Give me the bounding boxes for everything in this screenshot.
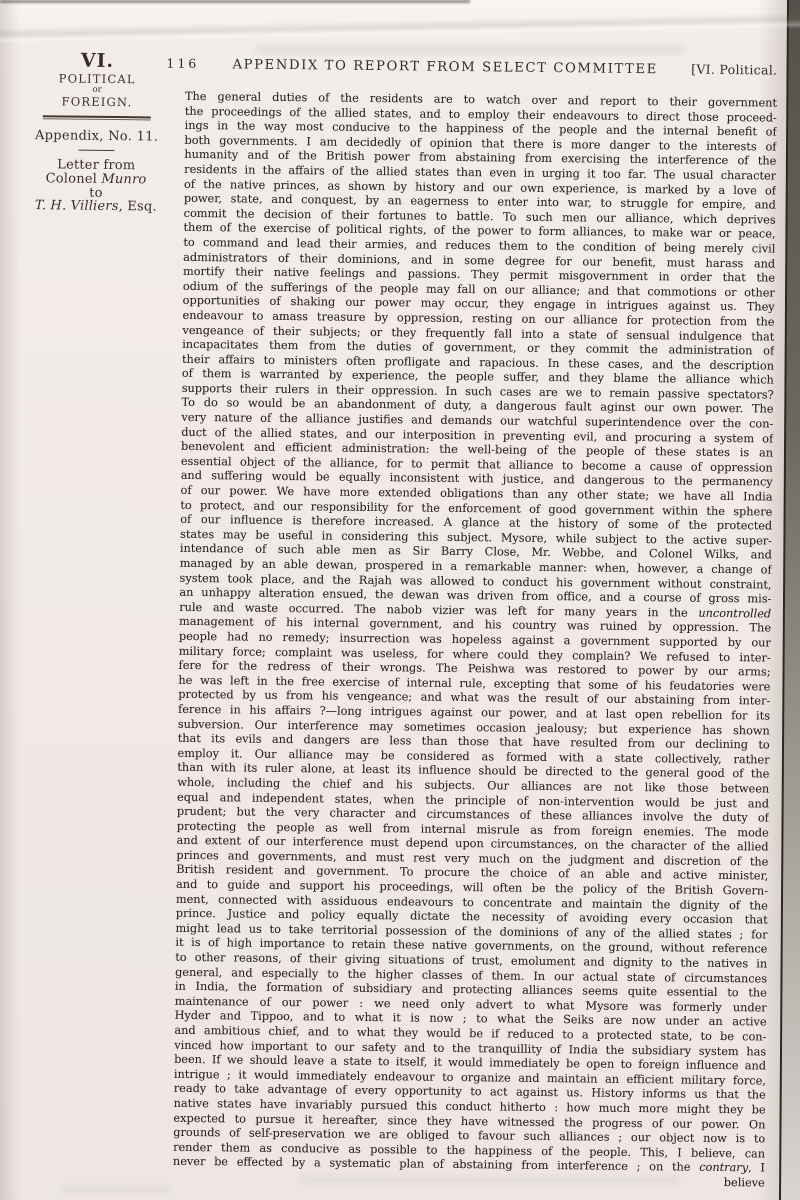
running-title: APPENDIX TO REPORT FROM SELECT COMMITTEE xyxy=(232,57,658,77)
section-label: [VI. Political. xyxy=(691,62,777,78)
appendix-reference: Appendix, No. 11. xyxy=(14,128,180,145)
body-text-block: The general duties of the residents are … xyxy=(173,90,777,1191)
section-category-foreign: FOREIGN. xyxy=(14,94,180,110)
section-number: VI. xyxy=(14,50,180,73)
letter-heading: Letter fromColonel MunrotoT. H. Villiers… xyxy=(13,158,180,215)
letter-heading-line: T. H. Villiers, Esq. xyxy=(13,199,179,215)
page-content: VI. POLITICAL or FOREIGN. Appendix, No. … xyxy=(0,0,800,1200)
page-number: 116 xyxy=(166,56,199,71)
sidebar-double-rule xyxy=(43,115,151,120)
sidebar-short-rule xyxy=(78,150,114,151)
running-header: 116 APPENDIX TO REPORT FROM SELECT COMMI… xyxy=(166,56,777,79)
marginalia-sidebar: VI. POLITICAL or FOREIGN. Appendix, No. … xyxy=(13,50,181,215)
